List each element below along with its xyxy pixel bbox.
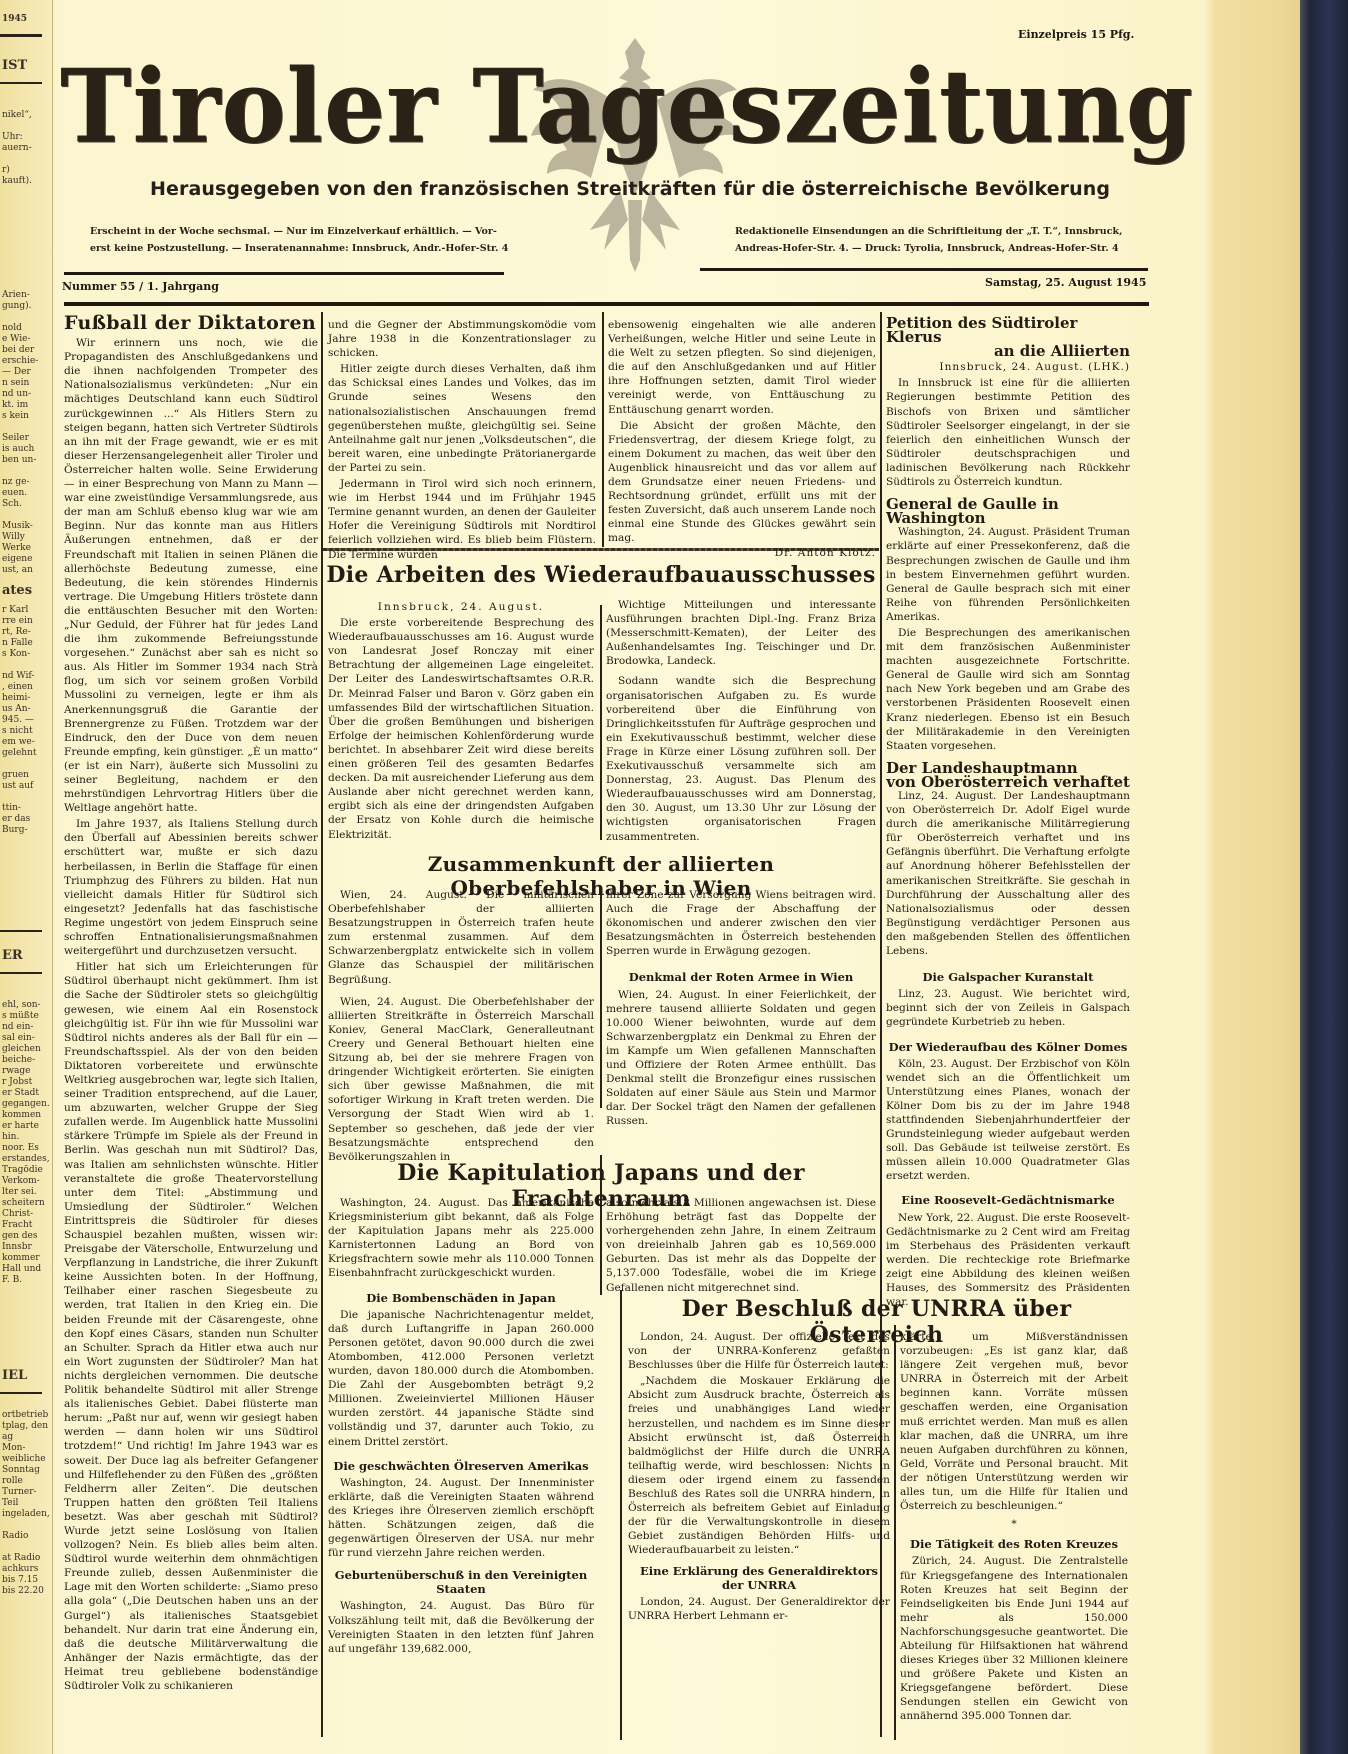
article-headline: Fußball der Diktatoren xyxy=(64,316,318,330)
column-divider xyxy=(620,1290,622,1740)
publication-info: Erscheint in der Woche sechsmal. — Nur i… xyxy=(90,223,508,257)
strip-fragments-mid: Arien- gung). nold e Wie- bei der erschi… xyxy=(2,290,38,576)
separator-star: * xyxy=(900,1517,1128,1531)
article-paragraph: Hitler hat sich um Erleichterungen für S… xyxy=(64,960,318,1693)
strip-year: 1945 xyxy=(2,14,27,25)
strip-rule xyxy=(0,972,42,974)
article-headline: General de Gaulle in Washington xyxy=(886,497,1130,525)
sub-headline: Eine Roosevelt-Gedächtnismarke xyxy=(886,1193,1130,1207)
dateline: Innsbruck, 24. August. (LHK.) xyxy=(886,360,1130,374)
article-wiederaufbau: Innsbruck, 24. August. Die erste vorbere… xyxy=(328,598,594,842)
article-unrra: London, 24. August. Der offizielle Text … xyxy=(628,1330,890,1623)
article-paragraph: Im Jahre 1937, als Italiens Stellung dur… xyxy=(64,817,318,958)
masthead-rule xyxy=(700,268,1148,271)
article-fussball: Fußball der Diktatoren Wir erinnern uns … xyxy=(64,316,318,1693)
sub-headline: Geburtenüberschuß in den Vereinigten Sta… xyxy=(328,1568,594,1596)
editorial-info: Redaktionelle Einsendungen an die Schrif… xyxy=(735,223,1122,257)
strip-rule xyxy=(0,930,42,932)
newspaper-title: Tiroler Tageszeitung xyxy=(60,49,1150,165)
strip-fragments-low: ehl, son- s müßte nd ein- sal ein- gleic… xyxy=(2,1000,50,1286)
column-divider xyxy=(600,888,602,1108)
strip-heading: IEL xyxy=(2,1370,27,1381)
issue-number: Nummer 55 / 1. Jahrgang xyxy=(62,280,219,293)
strip-fragments-bottom: ortbetrieb tplag, den ag Mon- weibliche … xyxy=(2,1410,50,1597)
previous-page-edge: 1945 IST nikel“, Uhr: auern- r) kauft). … xyxy=(0,0,53,1754)
column-divider xyxy=(602,312,604,547)
article-headline: Die Arbeiten des Wiederaufbauausschusses xyxy=(323,562,879,588)
article-fussball-conclusion: ebensowenig eingehalten wie alle anderen… xyxy=(608,318,876,560)
sub-headline: Die Tätigkeit des Roten Kreuzes xyxy=(900,1537,1128,1551)
sub-headline: Der Wiederaufbau des Kölner Domes xyxy=(886,1040,1130,1054)
article-oberbefehlshaber: Wien, 24. August. Die militärischen Ober… xyxy=(328,888,594,1164)
article-oberbefehlshaber-continued: ihrer Zone zur Versorgung Wiens beitrage… xyxy=(606,888,876,1129)
newspaper-page: 1945 IST nikel“, Uhr: auern- r) kauft). … xyxy=(0,0,1300,1754)
book-binding xyxy=(1300,0,1348,1754)
article-paragraph: Wir erinnern uns noch, wie die Propagand… xyxy=(64,336,318,815)
strip-fragments-mid2: r Karl rre ein rt, Re- n Falle s Kon- nd… xyxy=(2,605,37,836)
strip-rule xyxy=(0,1392,42,1394)
article-headline: Der Landeshauptmann von Oberösterreich v… xyxy=(886,761,1130,789)
article-japan: Washington, 24. August. Das amerikanisch… xyxy=(328,1196,594,1656)
masthead-bottom-rule xyxy=(64,302,1149,306)
strip-rule xyxy=(0,34,42,37)
column-divider xyxy=(894,1325,896,1740)
article-unrra-continued: klärte, um Mißverständnissen vorzubeugen… xyxy=(900,1330,1128,1724)
article-wiederaufbau-continued: Wichtige Mitteilungen und interessante A… xyxy=(606,598,876,844)
sub-headline: Eine Erklärung des Generaldirektors der … xyxy=(628,1564,890,1592)
sub-headline: Die Bombenschäden in Japan xyxy=(328,1291,594,1305)
issue-date: Samstag, 25. August 1945 xyxy=(985,276,1146,289)
sub-headline: Denkmal der Roten Armee in Wien xyxy=(606,970,876,984)
strip-heading: IST xyxy=(2,60,27,71)
sub-headline: Die geschwächten Ölreserven Amerikas xyxy=(328,1459,594,1473)
column-divider xyxy=(600,605,602,840)
right-column: Petition des Südtiroler Klerus an die Al… xyxy=(886,316,1130,1309)
author-signature: Dr. Anton Klotz. xyxy=(608,546,876,560)
column-divider xyxy=(321,312,323,1737)
strip-heading: ER xyxy=(2,950,23,961)
newspaper-subtitle: Herausgegeben von den französischen Stre… xyxy=(150,178,1050,200)
article-japan-continued: also mehr als 8 Millionen angewachsen is… xyxy=(606,1196,876,1295)
strip-fragments-top: nikel“, Uhr: auern- r) kauft). xyxy=(2,110,32,187)
masthead-rule xyxy=(64,272,504,275)
strip-rule xyxy=(0,82,42,84)
dateline: Innsbruck, 24. August. xyxy=(328,600,594,614)
article-headline: Petition des Südtiroler Klerus an die Al… xyxy=(886,316,1130,358)
sub-headline: Die Galspacher Kuranstalt xyxy=(886,970,1130,984)
article-fussball-continued: und die Gegner der Abstimmungskomödie vo… xyxy=(328,318,596,562)
single-price: Einzelpreis 15 Pfg. xyxy=(1018,28,1134,41)
strip-heading: ates xyxy=(2,585,32,596)
